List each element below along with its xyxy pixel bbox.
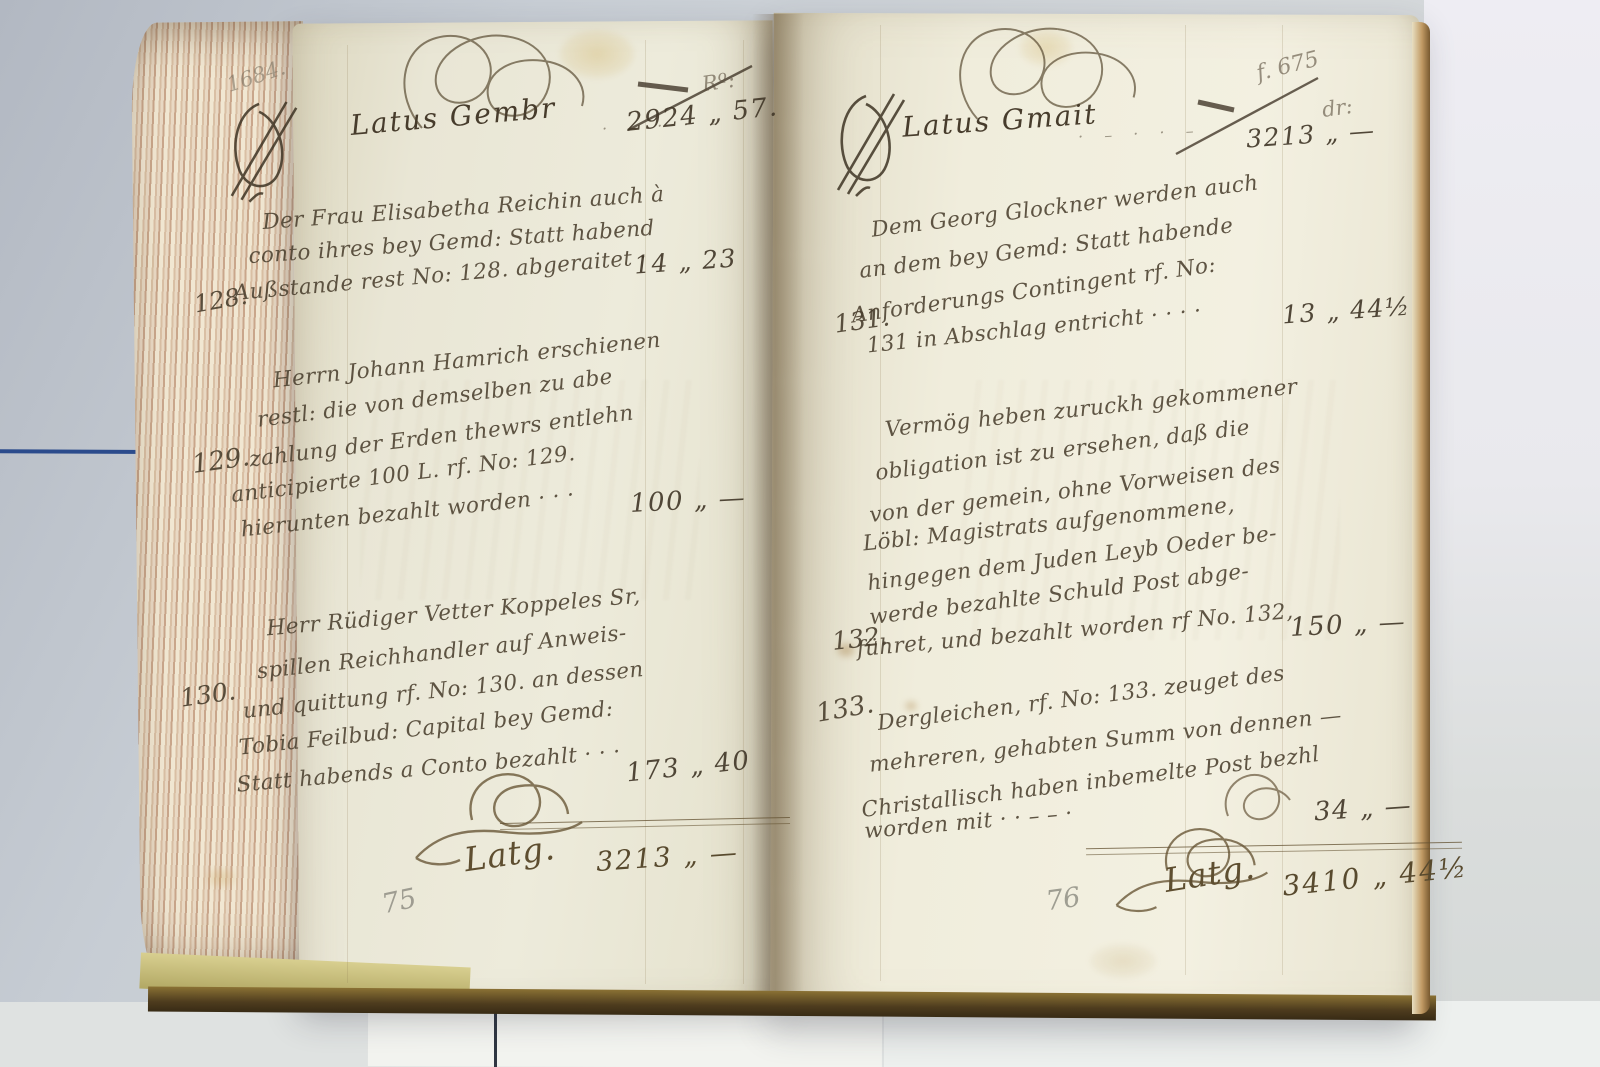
- entry-number: 132.: [831, 621, 889, 656]
- pencil-folio-right: 76: [1044, 882, 1082, 917]
- monogram-flourish-icon: [220, 86, 308, 204]
- table-surface-right: [1424, 0, 1600, 1067]
- entry-amount: 100 „ —: [629, 483, 747, 519]
- currency-mark-left: Rº:: [700, 68, 736, 96]
- book-gutter-shadow: [752, 14, 804, 1014]
- stain: [206, 868, 236, 888]
- entry-amount: 150 „ —: [1289, 607, 1407, 643]
- photograph-of-open-ledger: 1684. Latus Gembr · – · · – Rº: 2924 „ 5…: [0, 0, 1600, 1067]
- paper-sheet-seam: [494, 1009, 497, 1067]
- stain: [1090, 944, 1156, 978]
